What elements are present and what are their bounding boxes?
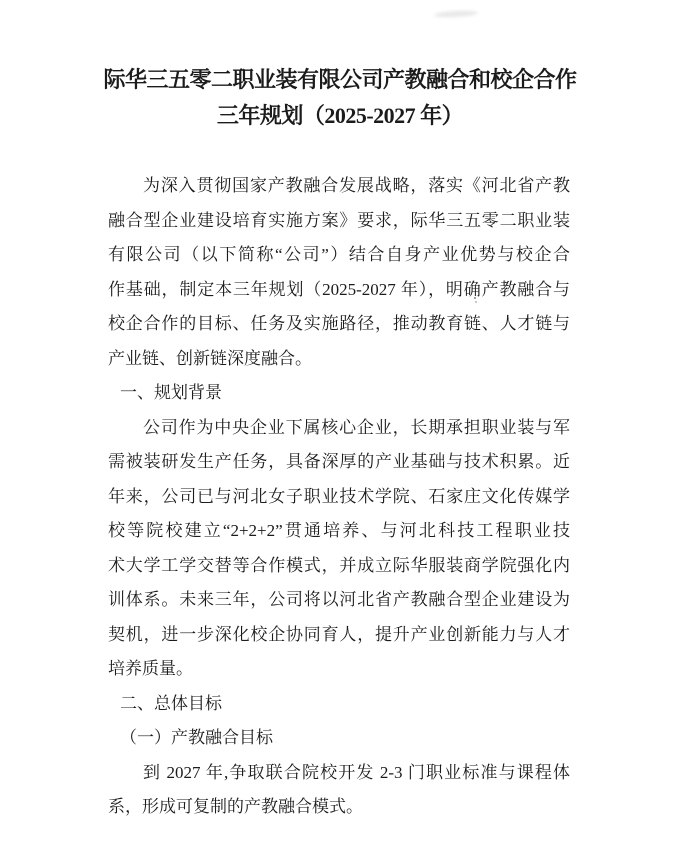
body-line: 校企合作的目标、任务及实施路径，推动教育链、人才链与 [108,307,570,342]
body-line: 公司作为中央企业下属核心企业，长期承担职业装与军 [108,411,570,446]
body-line: 产业链、创新链深度融合。 [108,342,570,377]
scan-ink-dot-artifact [474,297,476,299]
subsection-heading: （一）产教融合目标 [108,721,570,756]
scanned-document-page: 际华三五零二职业装有限公司产教融合和校企合作 三年规划（2025-2027 年）… [0,0,680,855]
document-title-line-2: 三年规划（2025-2027 年） [0,98,680,134]
body-line: 有限公司（以下简称“公司”）结合自身产业优势与校企合 [108,238,570,273]
document-title: 际华三五零二职业装有限公司产教融合和校企合作 三年规划（2025-2027 年） [0,0,680,134]
body-line: 系，形成可复制的产教融合模式。 [108,790,570,825]
body-line: 术大学工学交替等合作模式，并成立际华服装商学院强化内 [108,549,570,584]
document-body: 为深入贯彻国家产教融合发展战略，落实《河北省产教 融合型企业建设培育实施方案》要… [108,169,570,825]
section-heading-1: 一、规划背景 [108,376,570,411]
body-line: 校等院校建立“2+2+2”贯通培养、与河北科技工程职业技 [108,514,570,549]
body-line: 培养质量。 [108,652,570,687]
section-heading-2: 二、总体目标 [108,687,570,722]
document-title-line-1: 际华三五零二职业装有限公司产教融合和校企合作 [0,62,680,98]
body-line: 融合型企业建设培育实施方案》要求，际华三五零二职业装 [108,204,570,239]
body-line: 需被装研发生产任务，具备深厚的产业基础与技术积累。近 [108,445,570,480]
body-line: 契机，进一步深化校企协同育人，提升产业创新能力与人才 [108,618,570,653]
body-line: 年来，公司已与河北女子职业技术学院、石家庄文化传媒学 [108,480,570,515]
body-line: 到 2027 年,争取联合院校开发 2-3 门职业标准与课程体 [108,756,570,791]
body-line: 作基础，制定本三年规划（2025-2027 年），明确产教融合与 [108,273,570,308]
body-line: 训体系。未来三年，公司将以河北省产教融合型企业建设为 [108,583,570,618]
body-line: 为深入贯彻国家产教融合发展战略，落实《河北省产教 [108,169,570,204]
